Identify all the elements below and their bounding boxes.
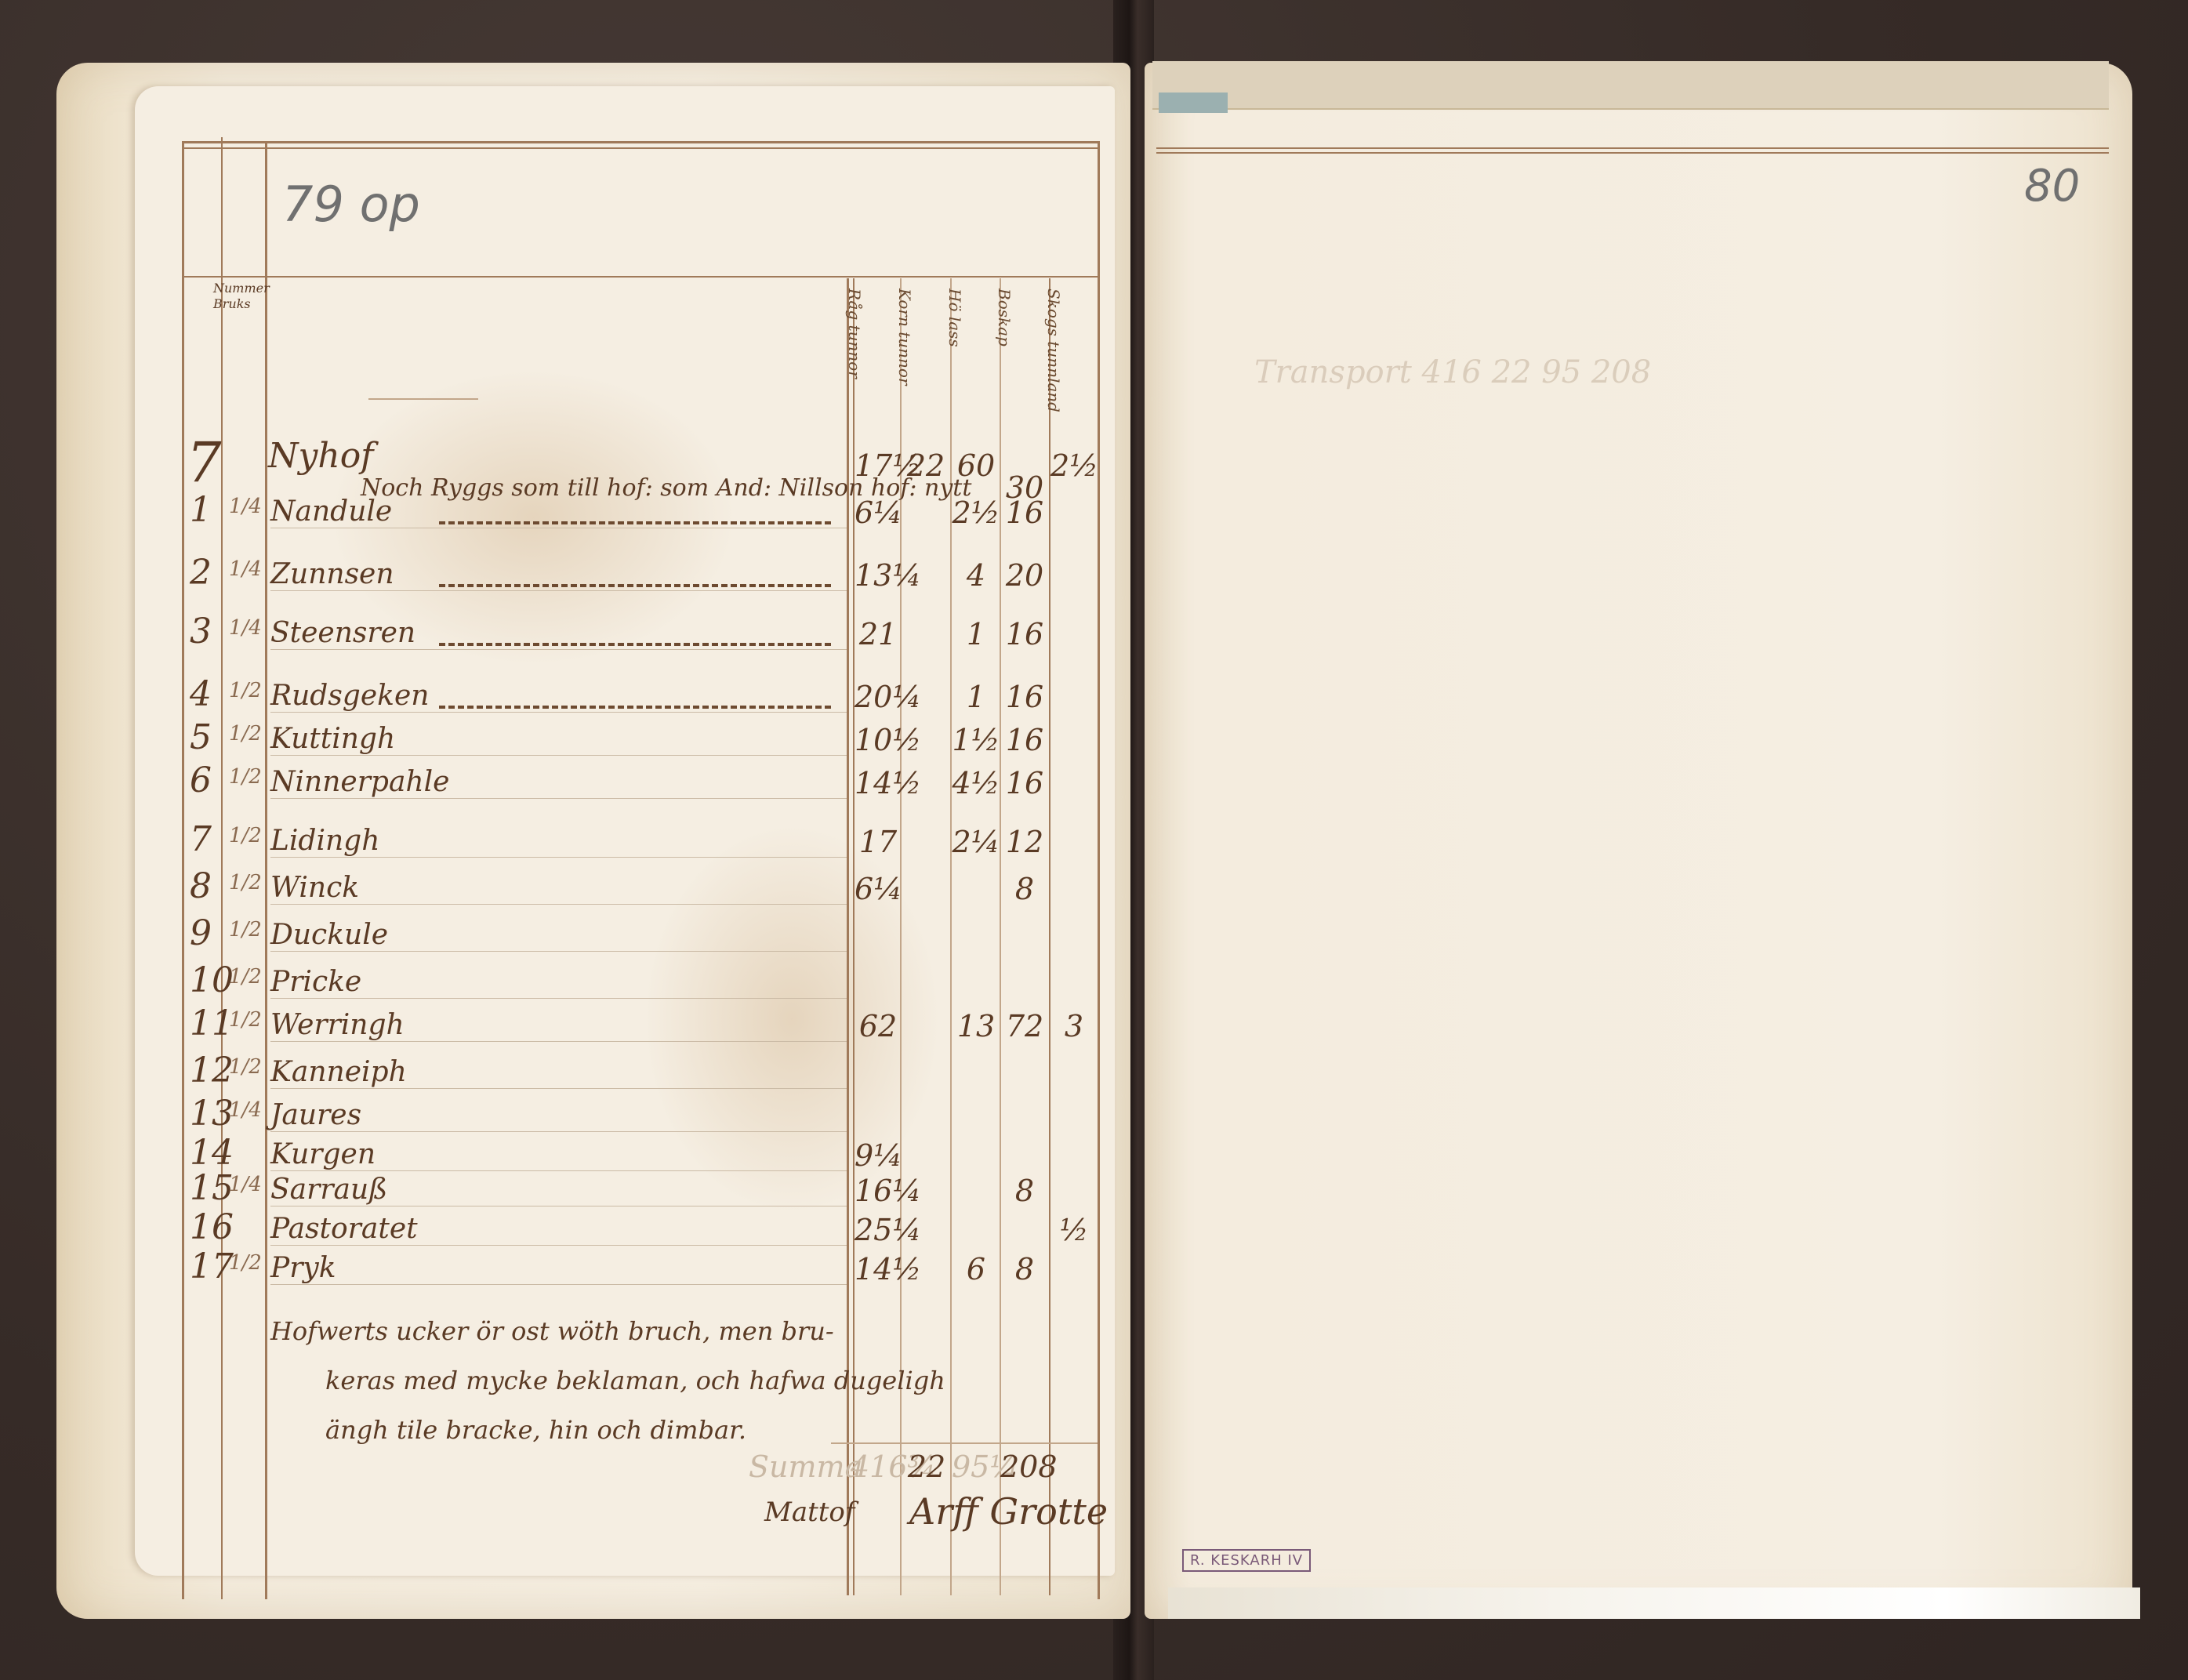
- outer-margin-rule: [182, 141, 184, 1599]
- remark-line-1: Hofwerts ucker ör ost wöth bruch, men br…: [270, 1319, 834, 1344]
- row-value-col-1: 6¼: [855, 874, 902, 904]
- village-value-hay: 60: [952, 451, 1000, 481]
- row-value-col-4: 16: [1000, 725, 1049, 755]
- row-guide-line: [270, 1245, 847, 1246]
- row-value-col-4: 20: [1000, 561, 1049, 590]
- row-guide-line: [270, 904, 847, 905]
- row-farm-name: Steensren: [270, 619, 415, 648]
- margin-rule-2: [265, 141, 267, 1599]
- signature: Arff Grotte: [909, 1493, 1108, 1529]
- row-farm-name: Kuttingh: [270, 725, 395, 753]
- row-dash-filler: [439, 584, 831, 587]
- row-value-col-1: 6¼: [855, 498, 902, 528]
- row-guide-line: [270, 1131, 847, 1132]
- row-value-col-1: 21: [855, 619, 902, 649]
- row-farm-name: Lidingh: [270, 827, 379, 855]
- row-farm-name: Sarrauß: [270, 1176, 387, 1204]
- row-share-fraction: 1/4: [229, 496, 262, 517]
- row-share-fraction: 1/2: [229, 1057, 262, 1077]
- row-share-fraction: 1/4: [229, 559, 262, 579]
- row-value-col-4: 16: [1000, 498, 1049, 528]
- row-guide-line: [270, 1170, 847, 1171]
- row-number: 10: [190, 963, 234, 998]
- row-share-fraction: 1/2: [229, 1253, 262, 1273]
- row-value-col-4: 8: [1000, 874, 1049, 904]
- row-value-col-3: 1: [952, 619, 1000, 649]
- archive-stamp: R. KESKARH IV: [1182, 1549, 1311, 1572]
- torn-top-edge: [1152, 61, 2109, 110]
- row-guide-line: [270, 1284, 847, 1285]
- row-guide-line: [270, 649, 847, 650]
- column-header-2: Korn tunnor: [895, 288, 914, 386]
- row-number: 8: [190, 869, 212, 904]
- row-guide-line: [270, 998, 847, 999]
- row-guide-line: [270, 712, 847, 713]
- row-guide-line: [270, 857, 847, 858]
- row-number: 14: [190, 1136, 234, 1170]
- row-value-col-3: 1½: [952, 725, 1000, 755]
- row-number: 16: [190, 1210, 234, 1245]
- top-rule: [182, 141, 1099, 143]
- row-value-col-4: 72: [1000, 1011, 1049, 1041]
- right-top-rule-double: [1156, 152, 2109, 154]
- row-farm-name: Zunnsen: [270, 561, 394, 589]
- row-value-col-1: 14½: [855, 1254, 902, 1284]
- row-farm-name: Kanneiph: [270, 1058, 407, 1087]
- row-number: 11: [190, 1007, 234, 1041]
- row-number: 13: [190, 1097, 234, 1131]
- row-number: 9: [190, 916, 212, 951]
- row-guide-line: [270, 798, 847, 799]
- row-dash-filler: [439, 706, 831, 709]
- row-share-fraction: 1/2: [229, 1010, 262, 1030]
- row-value-col-5: 3: [1050, 1011, 1098, 1041]
- row-guide-line: [270, 1206, 847, 1206]
- row-share-fraction: 1/4: [229, 1100, 262, 1120]
- village-value-forest: 2½: [1050, 451, 1098, 481]
- row-value-col-4: 8: [1000, 1176, 1049, 1206]
- row-share-fraction: 1/4: [229, 1174, 262, 1195]
- row-farm-name: Pryk: [270, 1254, 336, 1283]
- row-value-col-3: 4: [952, 561, 1000, 590]
- row-value-col-3: 2½: [952, 498, 1000, 528]
- right-page: [1145, 63, 2132, 1619]
- row-guide-line: [270, 1041, 847, 1042]
- row-value-col-1: 20¼: [855, 682, 902, 712]
- row-value-col-1: 9¼: [855, 1141, 902, 1170]
- row-value-col-3: 2¼: [952, 827, 1000, 857]
- row-value-col-1: 25¼: [855, 1215, 902, 1245]
- row-number: 17: [190, 1250, 234, 1284]
- summa-label: Summa: [749, 1452, 862, 1482]
- signature-prefix: Mattof: [764, 1499, 855, 1526]
- village-value-rye: 17½: [855, 451, 902, 481]
- row-farm-name: Nandule: [270, 498, 392, 526]
- row-farm-name: Pastoratet: [270, 1215, 418, 1243]
- row-value-col-4: 8: [1000, 1254, 1049, 1284]
- row-number: 4: [190, 677, 212, 712]
- bleed-through-text: Transport 416 22 95 208: [1254, 357, 1651, 388]
- row-number: 6: [190, 764, 212, 798]
- row-share-fraction: 1/2: [229, 920, 262, 940]
- summa-hay: 95¼: [952, 1452, 1000, 1482]
- row-farm-name: Rudsgeken: [270, 682, 429, 710]
- row-number: 7: [190, 822, 212, 857]
- village-name: Nyhof: [268, 439, 373, 474]
- row-farm-name: Werringh: [270, 1011, 405, 1040]
- margin-header: Nummer Bruks: [213, 281, 268, 312]
- short-rule: [368, 398, 478, 400]
- row-value-col-1: 62: [855, 1011, 902, 1041]
- row-number: 12: [190, 1054, 234, 1088]
- summa-rye: 416¾: [851, 1452, 905, 1482]
- village-number-mark: 7: [187, 435, 222, 490]
- row-value-col-4: 12: [1000, 827, 1049, 857]
- pencil-folio-mark-left: 79 op: [282, 180, 420, 229]
- row-guide-line: [270, 755, 847, 756]
- row-share-fraction: 1/4: [229, 618, 262, 638]
- row-share-fraction: 1/2: [229, 767, 262, 787]
- column-header-1: Råg tunnor: [845, 288, 864, 379]
- row-guide-line: [270, 590, 847, 591]
- row-farm-name: Pricke: [270, 968, 361, 996]
- row-farm-name: Jaures: [270, 1101, 361, 1130]
- row-share-fraction: 1/2: [229, 873, 262, 893]
- row-value-col-4: 16: [1000, 682, 1049, 712]
- row-farm-name: Kurgen: [270, 1141, 376, 1169]
- row-value-col-4: 16: [1000, 619, 1049, 649]
- row-dash-filler: [439, 643, 831, 646]
- row-number: 5: [190, 720, 212, 755]
- column-header-4: Boskap: [995, 288, 1014, 347]
- remark-line-3: ängh tile bracke, hin och dimbar.: [325, 1417, 746, 1442]
- row-number: 1: [190, 493, 212, 528]
- row-share-fraction: 1/2: [229, 967, 262, 987]
- top-rule-double: [182, 147, 1099, 149]
- row-value-col-1: 17: [855, 827, 902, 857]
- bottom-paper-flaps: [1168, 1587, 2140, 1619]
- row-value-col-1: 14½: [855, 768, 902, 798]
- row-guide-line: [270, 528, 847, 528]
- row-value-col-3: 4½: [952, 768, 1000, 798]
- row-share-fraction: 1/2: [229, 724, 262, 744]
- row-number: 2: [190, 556, 212, 590]
- summa-rule: [831, 1442, 1098, 1444]
- row-share-fraction: 1/2: [229, 825, 262, 846]
- summa-livestock: 208: [1000, 1452, 1049, 1482]
- row-value-col-1: 16¼: [855, 1176, 902, 1206]
- row-number: 15: [190, 1171, 234, 1206]
- right-top-rule: [1156, 147, 2109, 149]
- row-value-col-3: 1: [952, 682, 1000, 712]
- right-edge-rule: [1098, 141, 1100, 1599]
- row-farm-name: Duckule: [270, 921, 388, 949]
- blue-paper-tab: [1159, 93, 1228, 113]
- column-header-3: Hö lass: [945, 288, 964, 347]
- row-value-col-3: 13: [952, 1011, 1000, 1041]
- row-guide-line: [270, 951, 847, 952]
- row-guide-line: [270, 1088, 847, 1089]
- pencil-folio-number-right: 80: [2024, 165, 2080, 209]
- row-farm-name: Winck: [270, 874, 359, 902]
- margin-rule-1: [221, 137, 223, 1599]
- village-value-barley: 22: [902, 451, 950, 481]
- row-value-col-3: 6: [952, 1254, 1000, 1284]
- remark-line-2: keras med mycke beklaman, och hafwa duge…: [325, 1368, 945, 1393]
- row-number: 3: [190, 615, 212, 649]
- row-dash-filler: [439, 521, 831, 524]
- row-value-col-4: 16: [1000, 768, 1049, 798]
- row-value-col-1: 10½: [855, 725, 902, 755]
- summa-barley: 22: [903, 1452, 950, 1482]
- row-share-fraction: 1/2: [229, 680, 262, 701]
- column-header-5: Skogs tunnland: [1044, 288, 1063, 412]
- header-rule: [182, 276, 1099, 278]
- row-value-col-5: ½: [1050, 1215, 1098, 1245]
- row-value-col-1: 13¼: [855, 561, 902, 590]
- row-farm-name: Ninnerpahle: [270, 768, 449, 796]
